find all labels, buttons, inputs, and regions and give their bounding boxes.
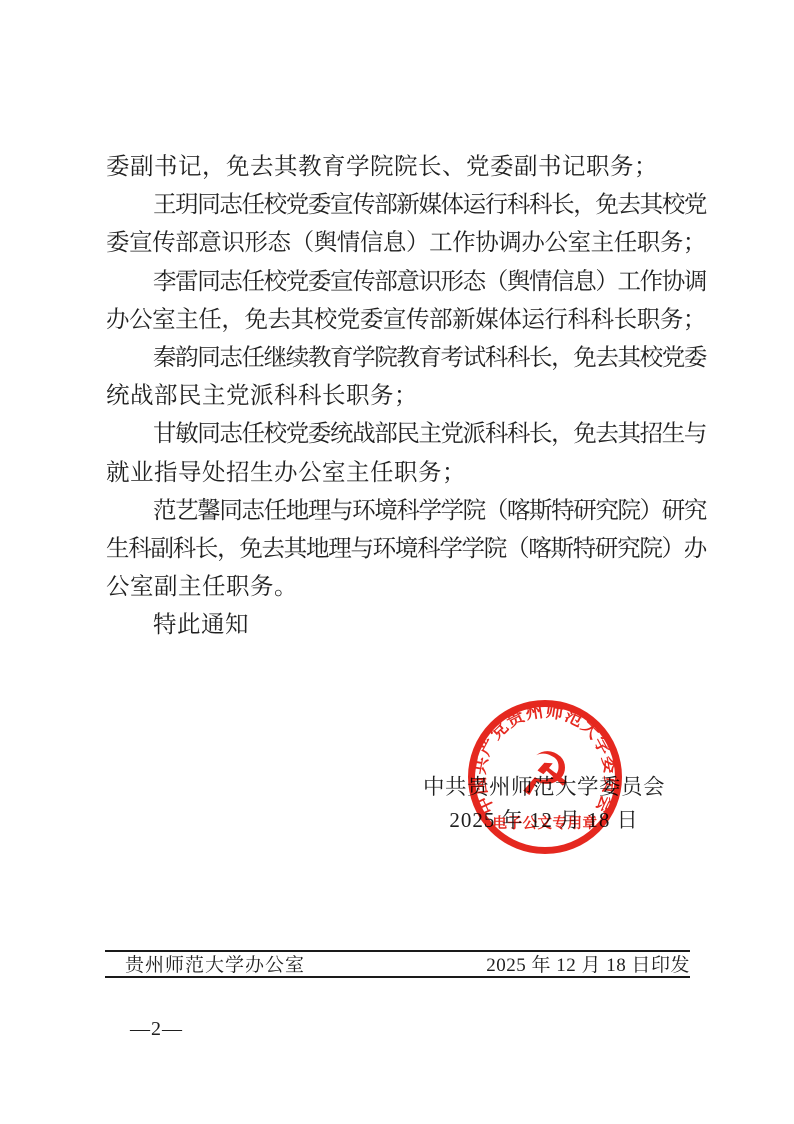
body-line-text: 特此通知: [153, 612, 249, 638]
body-line-text: 委宣传部意识形态（舆情信息）工作协调办公室主任职务；: [106, 230, 706, 256]
footer-issuer: 贵州师范大学办公室: [105, 950, 305, 977]
body-line: 公室副主任职务。: [106, 568, 706, 606]
body-line-text: 就业指导处招生办公室主任职务；: [106, 460, 466, 486]
body-line: 委副书记，免去其教育学院院长、党委副书记职务；: [106, 148, 706, 186]
body-line: 委宣传部意识形态（舆情信息）工作协调办公室主任职务；: [106, 224, 706, 262]
official-seal: 中国共产党贵州师范大学委员会 ☭ 电子公文专用章: [460, 692, 630, 862]
body-line-text: 统战部民主党派科科长职务；: [106, 383, 418, 409]
body-line: 生科副科长，免去其地理与环境科学学院（喀斯特研究院）办: [106, 530, 706, 568]
body-line: 王玥同志任校党委宣传部新媒体运行科科长，免去其校党: [106, 186, 706, 224]
footer-row: 贵州师范大学办公室 2025 年 12 月 18 日印发: [105, 950, 690, 976]
page-number: —2—: [130, 1018, 183, 1041]
document-page: 委副书记，免去其教育学院院长、党委副书记职务；王玥同志任校党委宣传部新媒体运行科…: [0, 0, 794, 1124]
footer-rule-bottom: [105, 976, 690, 978]
body-line-text: 公室副主任职务。: [106, 574, 298, 600]
body-line: 办公室主任，免去其校党委宣传部新媒体运行科科长职务；: [106, 301, 706, 339]
footer-print-date: 2025 年 12 月 18 日印发: [486, 950, 690, 977]
hammer-sickle-icon: ☭: [518, 740, 572, 810]
body-line-text: 李雷同志任校党委宣传部意识形态（舆情信息）工作协调: [153, 269, 706, 295]
body-line-text: 委副书记，免去其教育学院院长、党委副书记职务；: [106, 154, 658, 180]
body-text: 委副书记，免去其教育学院院长、党委副书记职务；王玥同志任校党委宣传部新媒体运行科…: [106, 148, 706, 644]
body-line: 统战部民主党派科科长职务；: [106, 377, 706, 415]
body-line-text: 甘敏同志任校党委统战部民主党派科科长，免去其招生与: [153, 421, 706, 447]
body-line: 特此通知: [106, 606, 706, 644]
body-line: 李雷同志任校党委宣传部意识形态（舆情信息）工作协调: [106, 263, 706, 301]
body-line: 秦韵同志任继续教育学院教育考试科科长，免去其校党委: [106, 339, 706, 377]
body-line-text: 范艺馨同志任地理与环境科学学院（喀斯特研究院）研究: [153, 498, 706, 524]
body-line: 甘敏同志任校党委统战部民主党派科科长，免去其招生与: [106, 415, 706, 453]
body-line: 就业指导处招生办公室主任职务；: [106, 454, 706, 492]
seal-banner-text: 电子公文专用章: [493, 814, 598, 832]
body-line-text: 办公室主任，免去其校党委宣传部新媒体运行科科长职务；: [106, 307, 706, 333]
body-line: 范艺馨同志任地理与环境科学学院（喀斯特研究院）研究: [106, 492, 706, 530]
body-line-text: 秦韵同志任继续教育学院教育考试科科长，免去其校党委: [153, 345, 706, 371]
body-line-text: 生科副科长，免去其地理与环境科学学院（喀斯特研究院）办: [106, 536, 706, 562]
body-line-text: 王玥同志任校党委宣传部新媒体运行科科长，免去其校党: [153, 192, 706, 218]
